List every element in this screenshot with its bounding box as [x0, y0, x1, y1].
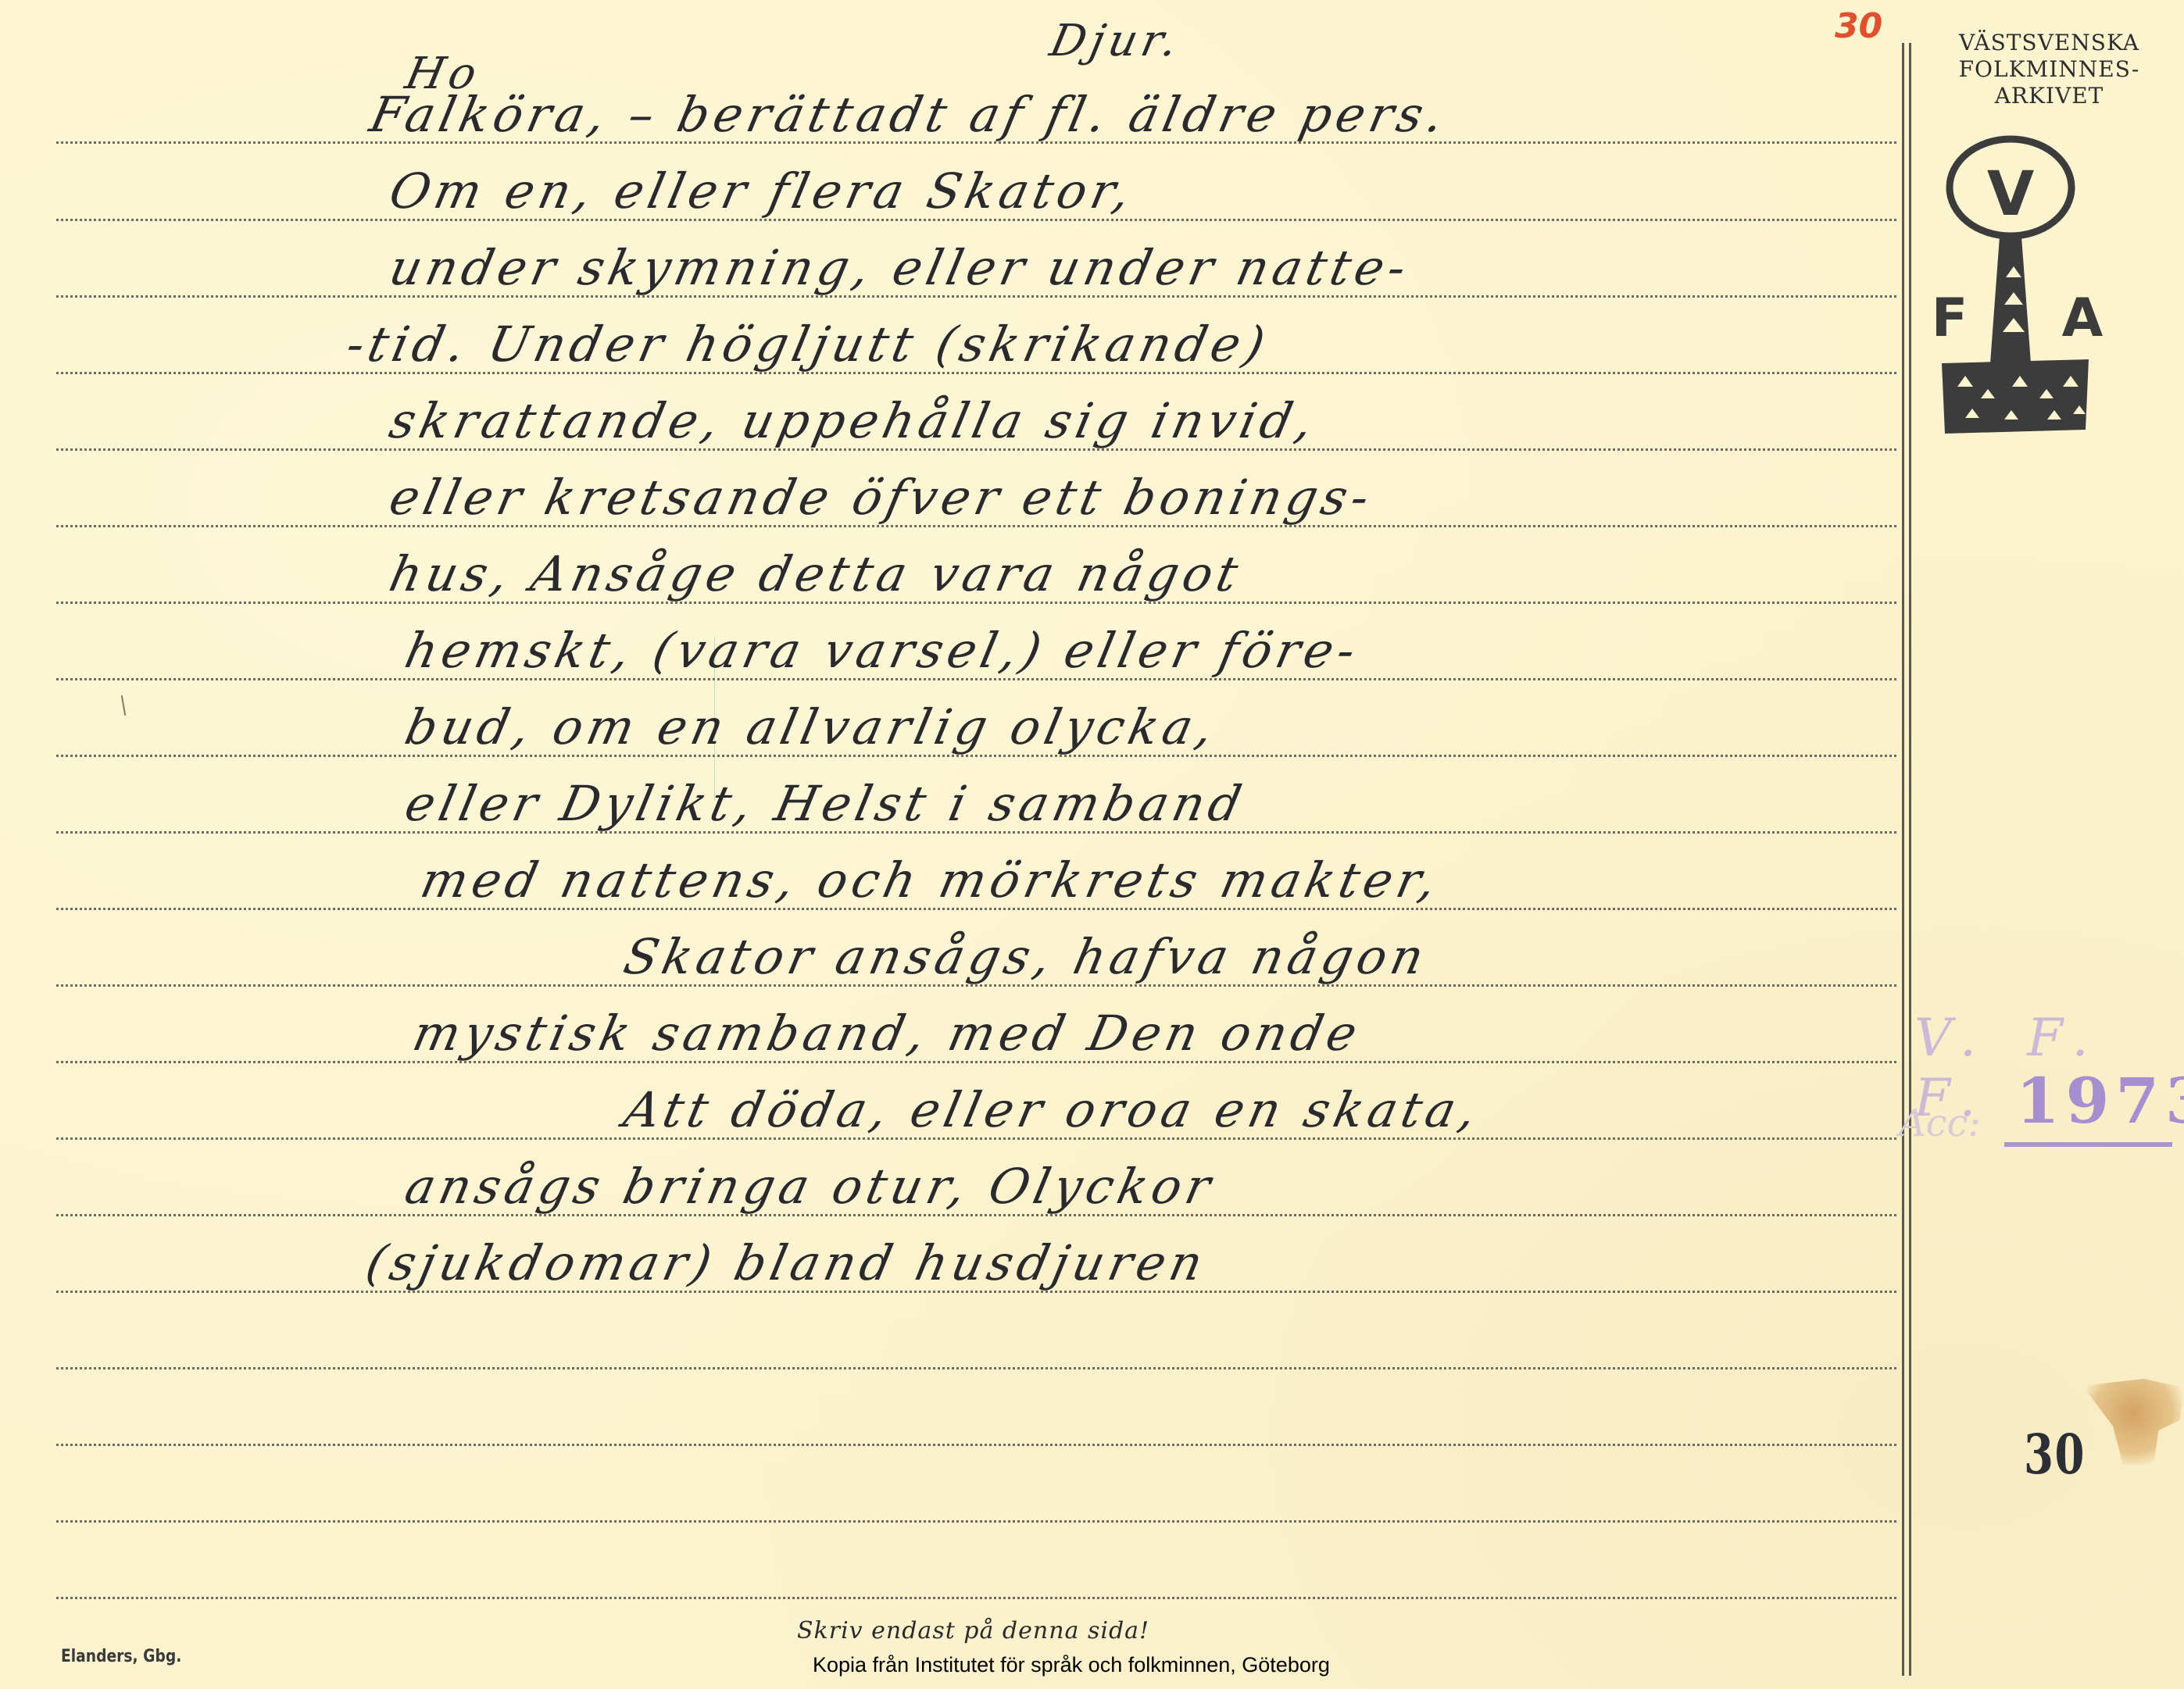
manuscript-line: -tid. Under högljutt (skrikande) [341, 316, 1274, 373]
ruled-line [56, 1597, 1896, 1599]
manuscript-line: Falköra, – berättadt af fl. äldre pers. [365, 86, 1453, 143]
manuscript-line: eller kretsande öfver ett bonings- [384, 469, 1378, 526]
page-number: 30 [2024, 1422, 2086, 1487]
archive-name: VÄSTSVENSKA FOLKMINNES- ARKIVET [1914, 30, 2184, 109]
logo-letter-a: A [2062, 287, 2104, 349]
manuscript-line: ansågs bringa otur, Olyckor [400, 1158, 1220, 1215]
manuscript-line: Att döda, eller oroa en skata, [619, 1081, 1485, 1138]
ruled-line [56, 1367, 1896, 1369]
logo-letter-f: F [1932, 287, 1968, 349]
manuscript-line: hus, Ansåge detta vara något [384, 545, 1247, 602]
manuscript-line: eller Dylikt, Helst i samband [400, 775, 1251, 832]
manuscript-line: under skymning, eller under natte- [384, 239, 1415, 296]
manuscript-line: hemskt, (vara varsel,) eller före- [400, 622, 1365, 679]
form-instruction: Skriv endast på denna sida! [797, 1617, 1149, 1644]
margin-divider-line [1902, 43, 1904, 1676]
manuscript-line: Skator ansågs, hafva någon [619, 928, 1433, 985]
manuscript-line: med nattens, och mörkrets makter, [416, 852, 1446, 909]
ruled-line [56, 1520, 1896, 1523]
vfa-logo: V F A [1918, 129, 2121, 441]
printer-imprint: Elanders, Gbg. [61, 1647, 181, 1666]
accession-stamp: V. F. F. Acc: 1973 [1899, 992, 2180, 1148]
stamp-underline [2004, 1142, 2172, 1147]
manuscript-line: bud, om en allvarlig olycka, [400, 698, 1223, 755]
stamp-acc-label: Acc: [1899, 1102, 1981, 1145]
archive-name-line: ARKIVET [1914, 83, 2184, 109]
manuscript-line: mystisk samband, med Den onde [408, 1005, 1367, 1062]
ruled-line [56, 1444, 1896, 1446]
stamp-acc-number: 1973 [2016, 1064, 2184, 1137]
logo-letter-v: V [1987, 159, 2034, 230]
archive-name-line: VÄSTSVENSKA [1914, 30, 2184, 56]
paper-stain [2082, 1379, 2184, 1465]
archive-record-card: Djur. 30 Ho Falköra, – berättadt af fl. … [0, 0, 2184, 1689]
corner-sheet-number: 30 [1835, 6, 1882, 46]
copy-attribution: Kopia från Institutet för språk och folk… [813, 1653, 1330, 1677]
margin-divider-line [1909, 43, 1911, 1676]
manuscript-line: Om en, eller flera Skator, [384, 162, 1140, 220]
archive-name-line: FOLKMINNES- [1914, 56, 2184, 83]
manuscript-line: (sjukdomar) bland husdjuren [361, 1234, 1212, 1291]
margin-pencil-mark [121, 695, 126, 716]
thors-hammer-icon: V F A [1918, 129, 2121, 441]
manuscript-line: skrattande, uppehålla sig invid, [384, 392, 1322, 449]
category-label: Djur. [1046, 16, 1187, 66]
